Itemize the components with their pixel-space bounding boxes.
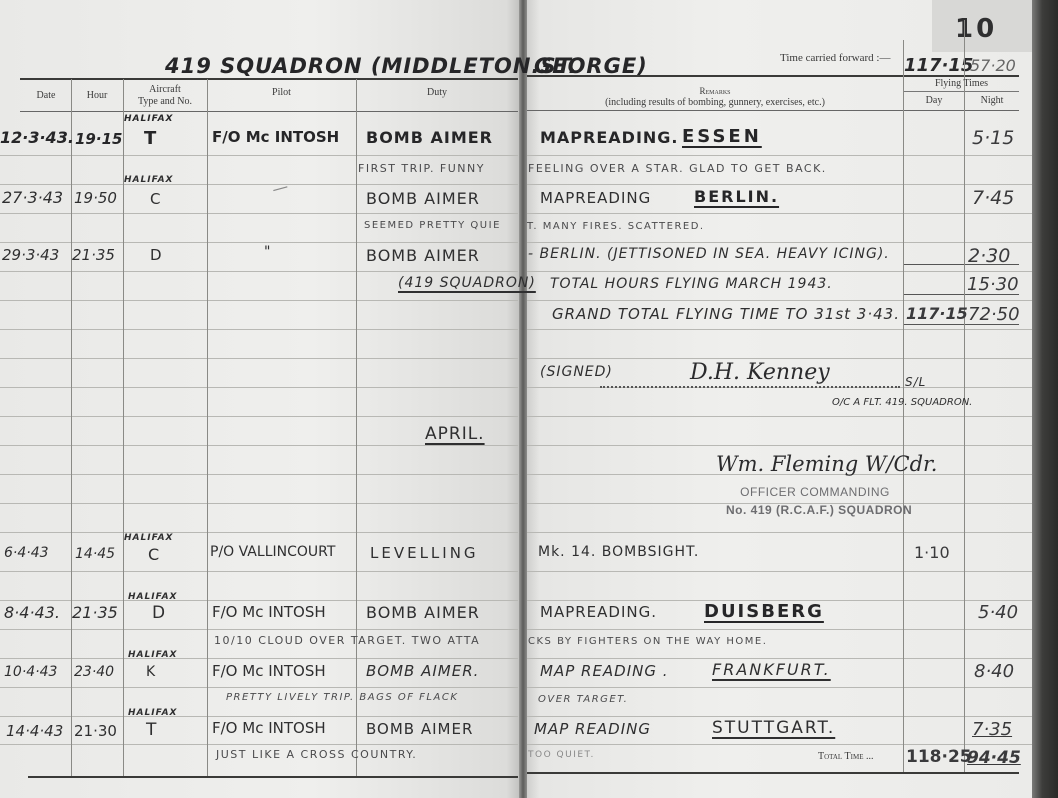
bottom-rule-left [28, 776, 518, 778]
entry-duty: BOMB AIMER [366, 720, 473, 738]
rule [0, 329, 518, 330]
header-aircraft-1: Aircraft [124, 84, 206, 95]
entry-target: FRANKFURT. [712, 660, 831, 679]
entry-pilot: F/O Mc INTOSH [212, 603, 326, 621]
entry-aircraft-type: HALIFAX [124, 533, 173, 543]
entry-target: STUTTGART. [712, 718, 835, 738]
entry-duty: BOMB AIMER [366, 128, 493, 147]
rule [0, 571, 518, 572]
rule [0, 155, 518, 156]
col-pilot-duty [356, 79, 357, 776]
entry-duty: BOMB AIMER [366, 603, 480, 622]
header-bottom-rule-left [20, 111, 518, 112]
entry-remarks: - BERLIN. (JETTISONED IN SEA. HEAVY ICIN… [528, 246, 890, 262]
rule [0, 629, 518, 630]
entry-hour: 21·30 [74, 722, 117, 740]
page-number: 10 [955, 14, 997, 44]
rule [527, 184, 1032, 185]
entry-night: 8·40 [974, 661, 1014, 682]
entry-remarks: MAPREADING [540, 189, 651, 207]
rule [0, 387, 518, 388]
entry-remarks: MAP READING [534, 720, 651, 738]
rule [0, 687, 518, 688]
entry-day: 1·10 [914, 543, 950, 562]
header-bottom-rule-right [527, 110, 1019, 111]
squadron-note: (419 SQUADRON) [398, 275, 536, 291]
header-aircraft-2: Type and No. [124, 96, 206, 107]
grand-total-day: 117·15 [906, 304, 968, 323]
entry-pilot: P/O VALLINCOURT [210, 544, 335, 560]
header-duty: Duty [357, 87, 517, 98]
entry-pilot: F/O Mc INTOSH [212, 719, 326, 737]
rule [0, 242, 518, 243]
entry-aircraft-no: T [144, 128, 157, 149]
entry-aircraft-type: HALIFAX [124, 175, 173, 185]
rule [0, 445, 518, 446]
entry-hour: 23·40 [74, 664, 114, 680]
page-edge [1032, 0, 1058, 798]
entry-comment-left: JUST LIKE A CROSS COUNTRY. [216, 748, 417, 761]
entry-comment-right: TOO QUIET. [528, 750, 595, 760]
signature-title: O/C A FLT. 419. SQUADRON. [832, 397, 972, 408]
signed-label: (SIGNED) [540, 364, 613, 380]
signature-rank: S/L [905, 375, 926, 389]
signature-dotted-line [600, 386, 900, 389]
rule [0, 271, 518, 272]
entry-remarks: MAPREADING. [540, 128, 679, 147]
rule [527, 629, 1032, 630]
entry-pilot: F/O Mc INTOSH [212, 662, 326, 680]
entry-night: 7·35 [972, 719, 1012, 740]
entry-aircraft-no: C [150, 190, 161, 208]
entry-comment-right: CKS BY FIGHTERS ON THE WAY HOME. [528, 636, 767, 647]
bottom-rule-right [527, 772, 1019, 774]
header-pilot: Pilot [208, 87, 355, 98]
entry-date: 12·3·43. [0, 128, 74, 147]
entry-pilot: F/O Mc INTOSH [212, 128, 339, 146]
entry-pilot: " [264, 244, 271, 260]
total-hours-march-night: 15·30 [967, 274, 1019, 295]
entry-aircraft-no: D [152, 603, 166, 623]
entry-date: 8·4·43. [4, 603, 60, 622]
entry-night: 5·40 [978, 602, 1018, 623]
entry-comment-left: FIRST TRIP. FUNNY [358, 162, 485, 175]
header-night: Night [965, 95, 1019, 106]
grand-total-night: 72·50 [968, 304, 1020, 325]
entry-aircraft-type: HALIFAX [128, 708, 177, 718]
entry-date: 6·4·43 [4, 545, 49, 561]
rule [527, 155, 1032, 156]
header-top-rule-right [527, 75, 1019, 77]
rule [0, 213, 518, 214]
entry-comment-left: SEEMED PRETTY QUIE [364, 220, 501, 231]
header-day: Day [904, 95, 964, 106]
grand-total-label: GRAND TOTAL FLYING TIME TO 31st 3·43. [552, 305, 900, 323]
header-remarks: Remarks [527, 86, 903, 96]
rule [0, 184, 518, 185]
total-time-label: Total Time ... [818, 751, 873, 762]
rule [527, 213, 1032, 214]
entry-target: DUISBERG [704, 601, 824, 622]
entry-date: 10·4·43 [4, 664, 57, 680]
entry-hour: 21·35 [72, 246, 115, 264]
book-gutter [519, 0, 527, 798]
entry-target: ESSEN [682, 126, 762, 147]
entry-aircraft-no: T [146, 720, 157, 740]
entry-remarks: Mk. 14. BOMBSIGHT. [538, 544, 699, 560]
rule [0, 358, 518, 359]
entry-comment-right: T. MANY FIRES. SCATTERED. [527, 221, 705, 232]
rule [527, 658, 1032, 659]
rule [527, 445, 1032, 446]
entry-target: BERLIN. [694, 187, 779, 206]
entry-hour: 21·35 [72, 603, 118, 622]
rule [0, 744, 518, 745]
entry-remarks: MAP READING . [540, 662, 669, 680]
header-flying-times: Flying Times [904, 78, 1019, 89]
flight-commander-signature: D.H. Kenney [690, 360, 830, 385]
entry-comment-right: OVER TARGET. [538, 694, 628, 705]
header-hour: Hour [72, 90, 122, 101]
rule [0, 474, 518, 475]
entry-night: 2·30 [968, 245, 1010, 267]
entry-aircraft-no: C [148, 545, 160, 564]
entry-date: 27·3·43 [2, 188, 63, 207]
entry-remarks: MAPREADING. [540, 603, 657, 621]
rule [527, 242, 1032, 243]
flying-times-divider [903, 91, 1019, 92]
entry-comment-left: 10/10 CLOUD OVER TARGET. TWO ATTA [214, 634, 480, 647]
rule [0, 416, 518, 417]
rule [527, 687, 1032, 688]
stamp-line1: OFFICER COMMANDING [730, 485, 900, 499]
total-time-day: 118·25 [906, 747, 972, 767]
rule [527, 716, 1032, 717]
col-aircraft-pilot [207, 79, 208, 776]
entry-aircraft-no: K [146, 664, 156, 680]
entry-hour: 14·45 [75, 546, 115, 562]
rule [527, 271, 1032, 272]
col-day-night [964, 20, 965, 772]
header-date: Date [22, 90, 70, 101]
rule [0, 300, 518, 301]
commanding-officer-signature: Wm. Fleming W/Cdr. [716, 452, 937, 476]
rule [527, 744, 1032, 745]
rule [0, 716, 518, 717]
rule [527, 416, 1032, 417]
entry-aircraft-type: HALIFAX [128, 592, 177, 602]
total-hours-march-label: TOTAL HOURS FLYING MARCH 1943. [550, 276, 833, 292]
rule [0, 503, 518, 504]
entry-hour: 19·50 [74, 189, 117, 207]
header-remarks-sub: (including results of bombing, gunnery, … [527, 97, 903, 108]
entry-duty: LEVELLING [370, 544, 479, 562]
entry-night: 5·15 [972, 127, 1014, 149]
rule [527, 329, 1032, 330]
total-time-night: 94·45 [967, 748, 1021, 768]
entry-night: 7·45 [972, 187, 1014, 209]
april-heading: APRIL. [425, 424, 485, 444]
time-carried-forward-label: Time carried forward :— [780, 52, 890, 64]
entry-duty: BOMB AIMER [366, 246, 480, 265]
entry-hour: 19·15 [75, 130, 122, 148]
logbook-spread: 10 419 SQUADRON (MIDDLETON.ST. GEORGE) T… [0, 0, 1058, 798]
col-date-hour [71, 79, 72, 776]
entry-duty: BOMB AIMER [366, 189, 480, 208]
rule [0, 600, 518, 601]
entry-comment-right: FEELING OVER A STAR. GLAD TO GET BACK. [528, 162, 827, 175]
rule [527, 358, 1032, 359]
entry-aircraft-no: D [150, 246, 163, 264]
carried-forward-night: 57·20 [970, 56, 1016, 75]
entry-aircraft-type: HALIFAX [128, 650, 177, 660]
rule [0, 658, 518, 659]
entry-duty: BOMB AIMER. [366, 662, 479, 680]
entry-date: 14·4·43 [6, 722, 63, 740]
stamp-line2: No. 419 (R.C.A.F.) SQUADRON [726, 503, 906, 517]
entry-date: 29·3·43 [2, 246, 59, 264]
entry-aircraft-type: HALIFAX [124, 114, 173, 124]
rule [527, 571, 1032, 572]
rule [527, 300, 1032, 301]
title-left: 419 SQUADRON (MIDDLETON.ST. [165, 54, 577, 78]
header-top-rule-left [20, 78, 518, 80]
rule [0, 532, 518, 533]
entry-comment-left: PRETTY LIVELY TRIP. BAGS OF FLACK [226, 692, 458, 703]
rule [527, 532, 1032, 533]
